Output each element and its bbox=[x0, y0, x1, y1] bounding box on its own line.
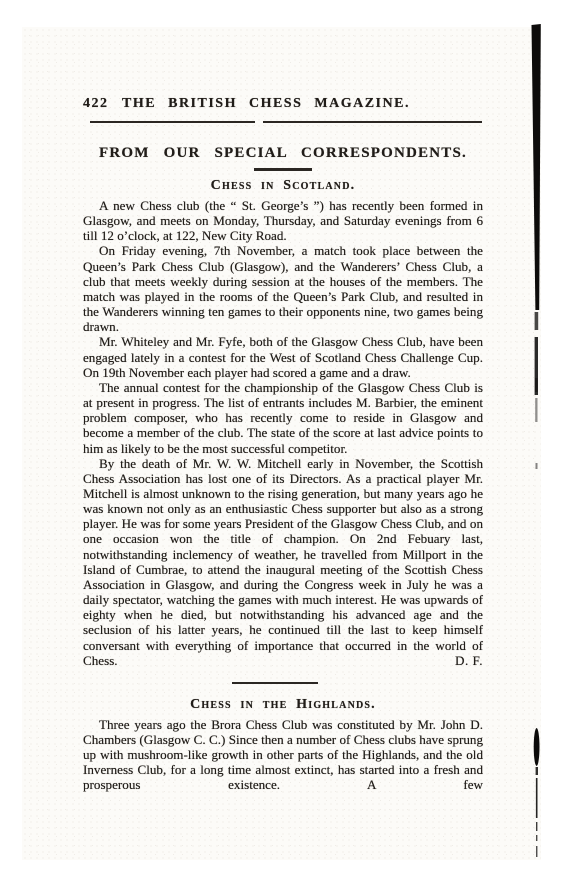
header-rule-right-segment bbox=[263, 121, 482, 123]
journal-title: THE BRITISH CHESS MAGAZINE. bbox=[66, 96, 466, 112]
scanned-magazine-page: 422 THE BRITISH CHESS MAGAZINE. FROM OUR… bbox=[0, 0, 564, 885]
article-divider-rule bbox=[232, 682, 318, 684]
body-paragraph: Mr. Whiteley and Mr. Fyfe, both of the G… bbox=[83, 334, 483, 379]
page-paper: 422 THE BRITISH CHESS MAGAZINE. FROM OUR… bbox=[22, 27, 541, 860]
scan-binding-artifact bbox=[528, 20, 544, 865]
section-title-rule bbox=[254, 168, 312, 171]
text-block: 422 THE BRITISH CHESS MAGAZINE. FROM OUR… bbox=[83, 27, 483, 793]
body-paragraph: Three years ago the Brora Chess Club was… bbox=[83, 717, 483, 793]
header-rule-left-segment bbox=[90, 121, 255, 123]
body-paragraph: By the death of Mr. W. W. Mitchell early… bbox=[83, 456, 483, 668]
paragraph-text: By the death of Mr. W. W. Mitchell early… bbox=[83, 456, 483, 668]
article-chess-in-the-highlands: Three years ago the Brora Chess Club was… bbox=[83, 717, 483, 793]
body-paragraph: A new Chess club (the “ St. George’s ”) … bbox=[83, 198, 483, 243]
running-head: 422 THE BRITISH CHESS MAGAZINE. bbox=[83, 27, 483, 111]
article-heading-chess-in-the-highlands: Chess in the Highlands. bbox=[83, 697, 483, 713]
article-chess-in-scotland: A new Chess club (the “ St. George’s ”) … bbox=[83, 198, 483, 668]
header-rule-gap bbox=[255, 121, 263, 123]
body-paragraph: The annual contest for the championship … bbox=[83, 380, 483, 456]
correspondent-initials: D. F. bbox=[455, 653, 483, 668]
section-title: FROM OUR SPECIAL CORRESPONDENTS. bbox=[83, 145, 483, 162]
header-rule bbox=[90, 121, 482, 123]
article-heading-chess-in-scotland: Chess in Scotland. bbox=[83, 178, 483, 194]
body-paragraph: On Friday evening, 7th November, a match… bbox=[83, 243, 483, 334]
